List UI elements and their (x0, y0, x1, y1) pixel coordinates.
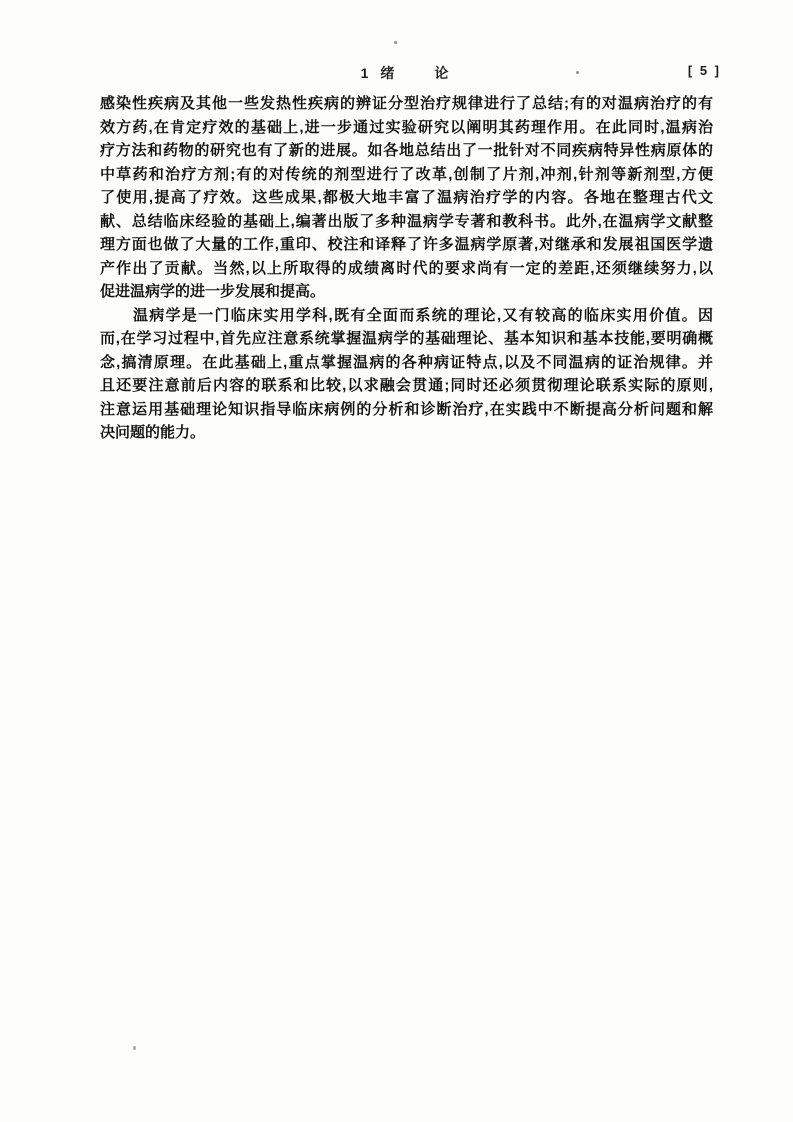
scan-speck (394, 41, 397, 44)
text-line: 献、总结临床经验的基础上,编著出版了多种温病学专著和教科书。此外,在温病学文献整 (100, 210, 713, 234)
scan-speck (133, 1046, 136, 1050)
text-line: 念,搞清原理。在此基础上,重点掌握温病的各种病证特点,以及不同温病的证治规律。并 (100, 351, 713, 375)
text-line: 疗方法和药物的研究也有了新的进展。如各地总结出了一批针对不同疾病特异性病原体的 (100, 139, 713, 163)
text-line: 而,在学习过程中,首先应注意系统掌握温病学的基础理论、基本知识和基本技能,要明确… (100, 327, 713, 351)
text-line: 且还要注意前后内容的联系和比较,以求融会贯通;同时还必须贯彻理论联系实际的原则, (100, 374, 713, 398)
page-header: 1 绪 论 [ 5 ] (100, 63, 713, 81)
scan-speck (576, 71, 579, 74)
text-line: 中草药和治疗方剂;有的对传统的剂型进行了改革,创制了片剂,冲剂,针剂等新剂型,方… (100, 163, 713, 187)
text-line: 了使用,提高了疗效。这些成果,都极大地丰富了温病治疗学的内容。各地在整理古代文 (100, 186, 713, 210)
text-line: 理方面也做了大量的工作,重印、校注和译释了许多温病学原著,对继承和发展祖国医学遗 (100, 233, 713, 257)
text-line: 决问题的能力。 (100, 421, 713, 445)
text-line: 温病学是一门临床实用学科,既有全面而系统的理论,又有较高的临床实用价值。因 (100, 304, 713, 328)
text-line: 感染性疾病及其他一些发热性疾病的辨证分型治疗规律进行了总结;有的对温病治疗的有 (100, 92, 713, 116)
body-text-block: 感染性疾病及其他一些发热性疾病的辨证分型治疗规律进行了总结;有的对温病治疗的有 … (100, 92, 713, 445)
text-line: 效方药,在肯定疗效的基础上,进一步通过实验研究以阐明其药理作用。在此同时,温病治 (100, 116, 713, 140)
chapter-title: 1 绪 论 (361, 63, 453, 83)
text-line: 产作出了贡献。当然,以上所取得的成绩离时代的要求尚有一定的差距,还须继续努力,以 (100, 257, 713, 281)
page-number: [ 5 ] (688, 63, 721, 78)
text-line: 促进温病学的进一步发展和提高。 (100, 280, 713, 304)
scanned-book-page: 1 绪 论 [ 5 ] 感染性疾病及其他一些发热性疾病的辨证分型治疗规律进行了总… (0, 0, 793, 1122)
text-line: 注意运用基础理论知识指导临床病例的分析和诊断治疗,在实践中不断提高分析问题和解 (100, 398, 713, 422)
